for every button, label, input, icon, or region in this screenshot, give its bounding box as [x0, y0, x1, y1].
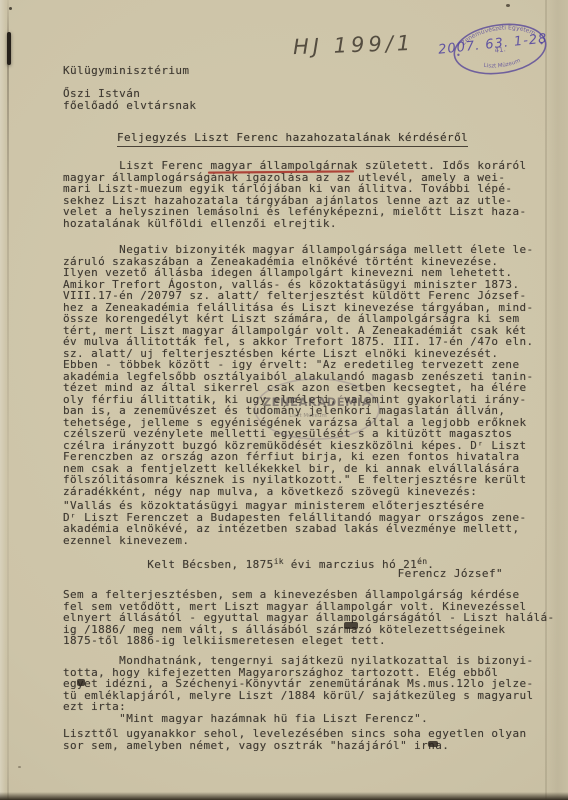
ministry-name: Külügyminisztérium	[63, 65, 189, 77]
page-edge-bottom	[0, 792, 568, 800]
ink-smudge	[428, 741, 438, 747]
document-page: HJ 199/1 Zeneművészeti Egyetem 41. Liszt…	[0, 0, 568, 800]
paragraph-citizenship-kept: Sem a felterjesztésben, sem a kinevezésb…	[63, 589, 555, 647]
page-edge-right	[545, 0, 568, 800]
page-edge-left	[0, 0, 6, 800]
ink-smudge	[77, 679, 85, 686]
recipient-title: főelőadó elvtársnak	[63, 100, 196, 112]
page-fold-line	[545, 0, 547, 800]
ink-speck	[18, 766, 21, 768]
date-superscript: ik	[274, 557, 284, 566]
ink-speck	[9, 7, 12, 10]
quote-appointment-decree: "Vallás és közoktatásügyi magyar ministe…	[63, 500, 527, 546]
paragraph-declarations: Mondhatnánk, tengernyi sajátkezü nyilatk…	[63, 655, 534, 724]
staple-mark	[7, 32, 11, 65]
signature: Ferencz József"	[63, 568, 503, 580]
page-edge-shadow-left	[7, 0, 9, 800]
paragraph-closing: Liszttől ugyanakkor sehol, levelezésében…	[63, 728, 527, 751]
ink-smudge	[344, 622, 358, 629]
handwritten-archive-number: HJ 199/1	[293, 31, 415, 59]
paragraph-appointment: Negativ bizonyiték magyar állampolgárság…	[63, 244, 534, 497]
recipient-name: Őszi István	[63, 88, 140, 100]
document-title: Feljegyzés Liszt Ferenc hazahozatalának …	[117, 132, 468, 147]
date-superscript: én	[417, 557, 427, 566]
ink-speck	[506, 4, 510, 7]
